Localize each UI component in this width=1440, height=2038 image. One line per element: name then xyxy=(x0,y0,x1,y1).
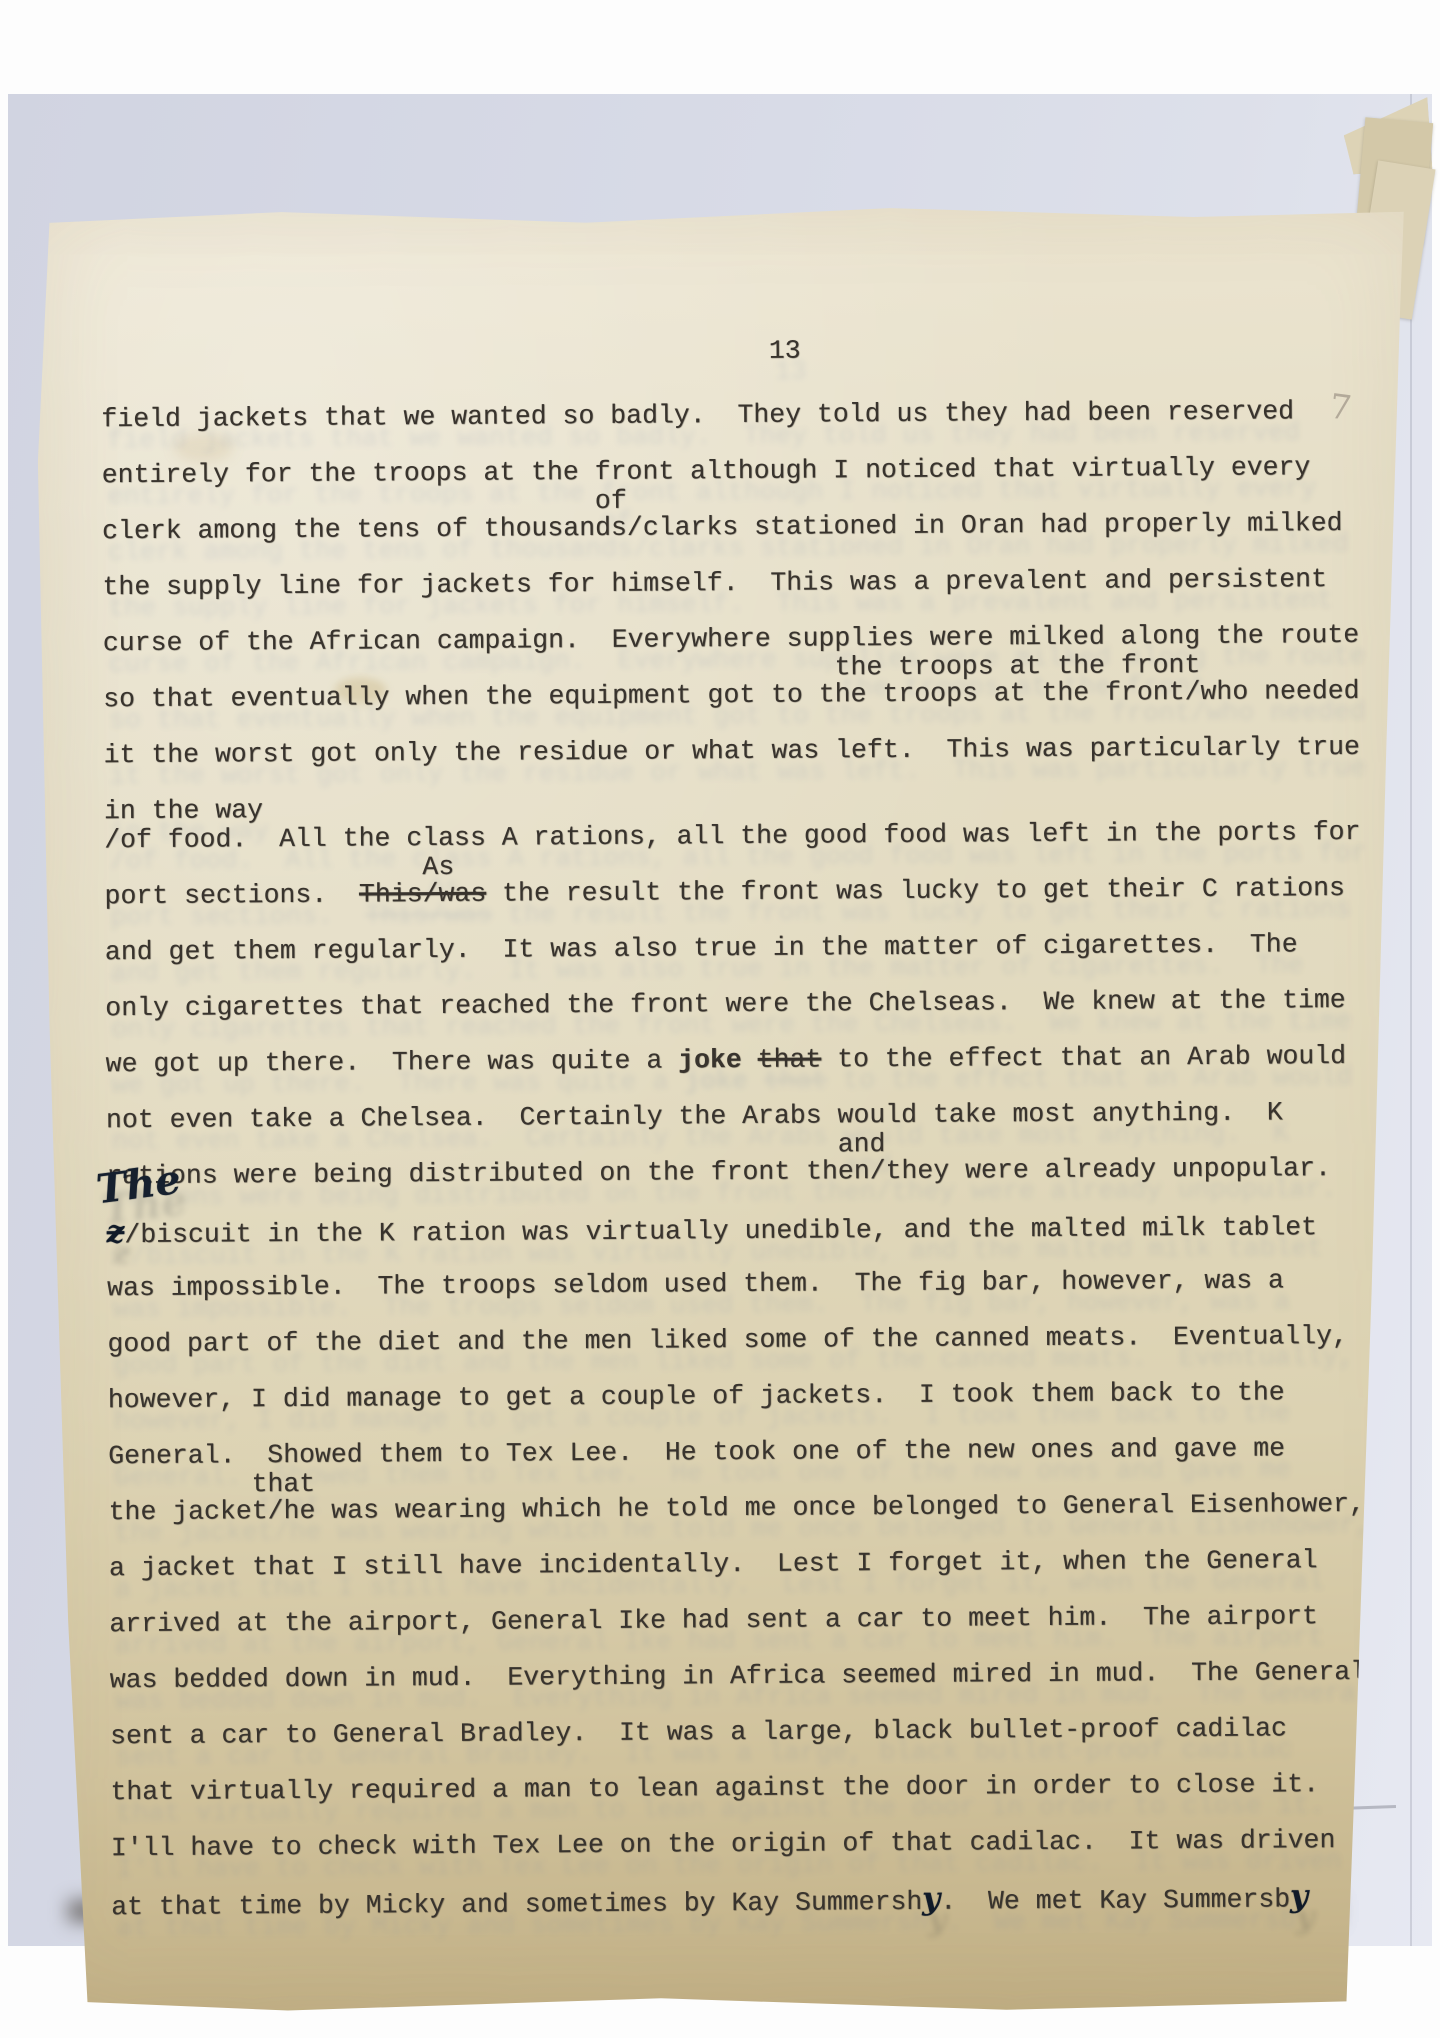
typed-line: however, I did manage to get a couple of… xyxy=(108,1377,1428,1442)
interline-inserted-word: of xyxy=(595,487,627,516)
typed-line: I'll have to check with Tex Lee on the o… xyxy=(111,1825,1431,1890)
interline-inserted-word: and xyxy=(838,1130,886,1159)
typed-text: port sections. xyxy=(104,880,359,912)
typed-line: it the worst got only the residue or wha… xyxy=(103,732,1423,797)
typed-line: the supply line for jackets for himself.… xyxy=(102,564,1422,629)
typed-line: that virtually required a man to lean ag… xyxy=(110,1769,1430,1834)
typed-line: entirely for the troops at the front alt… xyxy=(102,453,1422,518)
handwritten-text: y xyxy=(1290,1878,1308,1914)
interline-inserted-word: that xyxy=(251,1470,315,1499)
typed-line: andrations were being distributed on the… xyxy=(106,1153,1426,1218)
typed-line: a jacket that I still have incidentally.… xyxy=(109,1545,1429,1610)
typewritten-page: 7 13 field jackets that we wanted so bad… xyxy=(33,204,1421,2021)
typed-text: not even take a Chelsea. Certainly the A… xyxy=(106,1097,1283,1135)
typed-line: Asport sections. This/was the result the… xyxy=(104,873,1424,938)
typed-line: at that time by Micky and sometimes by K… xyxy=(111,1881,1431,1946)
typed-line: not even take a Chelsea. Certainly the A… xyxy=(106,1097,1426,1162)
handwritten-margin-note: The xyxy=(95,1165,182,1205)
interline-inserted-word: the troops at the front xyxy=(834,651,1200,682)
typed-text: the result the front was lucky to get th… xyxy=(486,873,1345,909)
typed-line: Thez/biscuit in the K ration was virtual… xyxy=(107,1209,1427,1274)
typed-text: in the way xyxy=(104,795,263,826)
typed-text: . We met Kay Summersb xyxy=(940,1884,1290,1916)
typed-text xyxy=(742,1045,758,1075)
typed-line: was bedded down in mud. Everything in Af… xyxy=(110,1657,1430,1722)
handwritten-text: y xyxy=(922,1881,940,1917)
typed-text: /biscuit in the K ration was virtually u… xyxy=(124,1212,1317,1250)
page-number: 13 xyxy=(769,336,801,366)
struck-out-text: This/was xyxy=(359,879,486,910)
typed-line: and get them regularly. It was also true… xyxy=(105,929,1425,994)
typed-line: curse of the African campaign. Everywher… xyxy=(103,620,1423,685)
typed-line: arrived at the airport, General Ike had … xyxy=(109,1601,1429,1666)
interline-inserted-word: As xyxy=(422,853,454,882)
typed-text: however, I did manage to get a couple of… xyxy=(108,1377,1285,1415)
typed-line: ofclerk among the tens of thousands/clar… xyxy=(102,508,1422,573)
typed-line: the troops at the frontso that eventuall… xyxy=(103,676,1423,741)
typed-line: good part of the diet and the men liked … xyxy=(107,1321,1427,1386)
typed-lines: 13 field jackets that we wanted so badly… xyxy=(101,304,1432,1947)
typed-text: to the effect that an Arab would xyxy=(821,1041,1346,1074)
typed-line: we got up there. There was quite a joke … xyxy=(106,1041,1426,1106)
typed-line: only cigarettes that reached the front w… xyxy=(105,985,1425,1050)
typed-text: was impossible. The troops seldom used t… xyxy=(107,1265,1284,1303)
typed-text: at that time by Micky and sometimes by K… xyxy=(111,1887,922,1922)
typed-line: sent a car to General Bradley. It was a … xyxy=(110,1713,1430,1778)
typed-line: was impossible. The troops seldom used t… xyxy=(107,1265,1427,1330)
typed-text: joke xyxy=(678,1045,742,1075)
page-number-line: 13 xyxy=(101,304,1422,406)
struck-out-text: that xyxy=(758,1044,822,1074)
photo-background: 7 13 field jackets that we wanted so bad… xyxy=(8,94,1432,1946)
typed-line: /of food. All the class A rations, all t… xyxy=(104,817,1424,882)
handwritten-text: z xyxy=(107,1214,125,1250)
background-crease xyxy=(1410,94,1412,1946)
typed-line: thatthe jacket/he was wearing which he t… xyxy=(109,1489,1429,1554)
typed-line: field jackets that we wanted so badly. T… xyxy=(101,397,1421,462)
scanned-document-page: 7 13 field jackets that we wanted so bad… xyxy=(0,0,1440,2038)
typed-text: sent a car to General Bradley. It was a … xyxy=(110,1713,1287,1751)
typed-text: we got up there. There was quite a xyxy=(106,1045,679,1079)
typed-text: General. Showed them to Tex Lee. He took… xyxy=(108,1433,1285,1471)
